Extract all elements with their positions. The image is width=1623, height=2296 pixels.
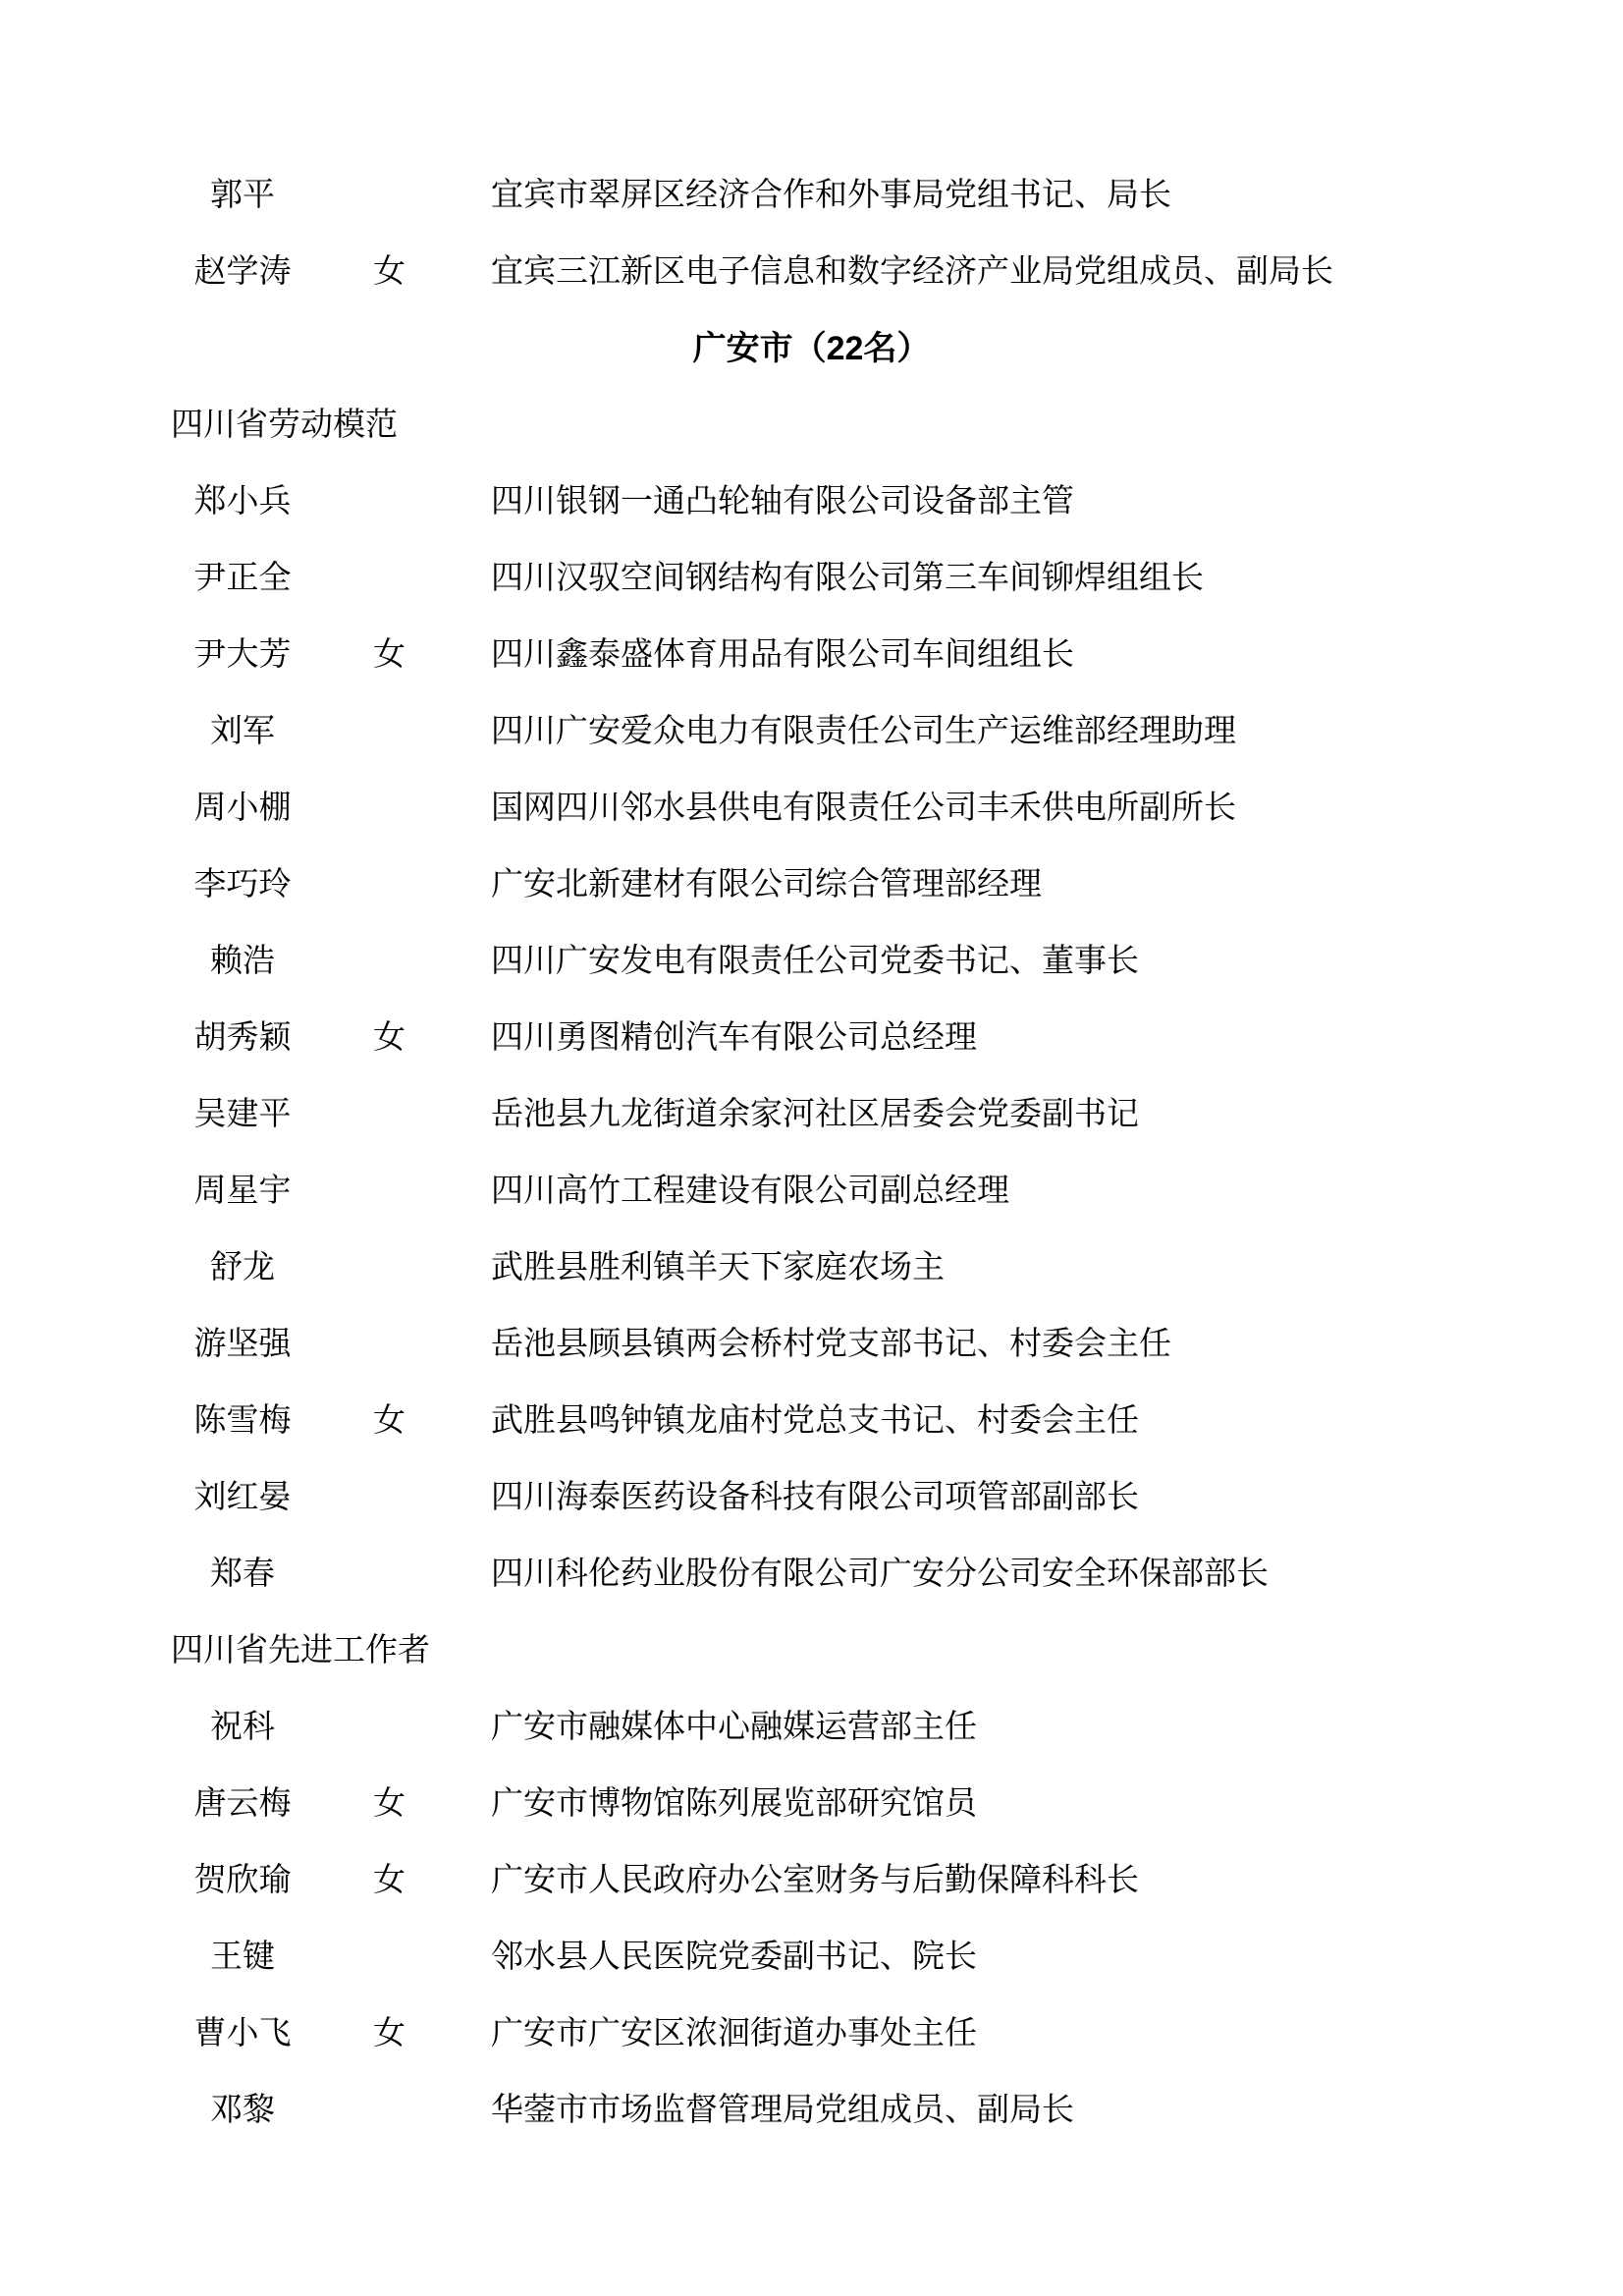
table-row: 舒龙 武胜县胜利镇羊天下家庭农场主 xyxy=(0,1230,1623,1306)
table-row: 贺欣瑜 女 广安市人民政府办公室财务与后勤保障科科长 xyxy=(0,1842,1623,1919)
person-name: 胡秀颖 xyxy=(179,1000,306,1076)
person-title: 广安市博物馆陈列展览部研究馆员 xyxy=(491,1766,977,1842)
person-gender: 女 xyxy=(373,1000,406,1076)
table-row: 周星宇 四川高竹工程建设有限公司副总经理 xyxy=(0,1153,1623,1230)
person-name: 曹小飞 xyxy=(179,1995,306,2072)
table-row: 唐云梅 女 广安市博物馆陈列展览部研究馆员 xyxy=(0,1766,1623,1842)
table-row: 周小棚 国网四川邻水县供电有限责任公司丰禾供电所副所长 xyxy=(0,770,1623,847)
person-name: 邓黎 xyxy=(179,2072,306,2149)
table-row: 祝科 广安市融媒体中心融媒运营部主任 xyxy=(0,1689,1623,1766)
person-title: 武胜县胜利镇羊天下家庭农场主 xyxy=(491,1230,945,1306)
person-name: 郑小兵 xyxy=(179,464,306,540)
table-row: 赵学涛 女 宜宾三江新区电子信息和数字经济产业局党组成员、副局长 xyxy=(0,234,1623,310)
table-row: 刘军 四川广安爱众电力有限责任公司生产运维部经理助理 xyxy=(0,693,1623,770)
section-header-model-workers: 四川省劳动模范 xyxy=(0,387,1623,464)
person-gender: 女 xyxy=(373,1766,406,1842)
person-title: 四川银钢一通凸轮轴有限公司设备部主管 xyxy=(491,464,1074,540)
person-title: 四川科伦药业股份有限公司广安分公司安全环保部部长 xyxy=(491,1536,1269,1613)
person-title: 国网四川邻水县供电有限责任公司丰禾供电所副所长 xyxy=(491,770,1236,847)
table-row: 李巧玲 广安北新建材有限公司综合管理部经理 xyxy=(0,847,1623,923)
person-gender: 女 xyxy=(373,1995,406,2072)
person-name: 祝科 xyxy=(179,1689,306,1766)
person-title: 四川广安发电有限责任公司党委书记、董事长 xyxy=(491,923,1139,1000)
person-title: 岳池县顾县镇两会桥村党支部书记、村委会主任 xyxy=(491,1306,1171,1383)
city-heading: 广安市（22名） xyxy=(0,310,1623,387)
person-title: 广安市融媒体中心融媒运营部主任 xyxy=(491,1689,977,1766)
person-title: 四川高竹工程建设有限公司副总经理 xyxy=(491,1153,1009,1230)
person-name: 周小棚 xyxy=(179,770,306,847)
person-gender: 女 xyxy=(373,234,406,310)
person-title: 华蓥市市场监督管理局党组成员、副局长 xyxy=(491,2072,1074,2149)
person-title: 宜宾市翠屏区经济合作和外事局党组书记、局长 xyxy=(491,157,1171,234)
person-name: 舒龙 xyxy=(179,1230,306,1306)
person-name: 陈雪梅 xyxy=(179,1383,306,1459)
person-title: 广安北新建材有限公司综合管理部经理 xyxy=(491,847,1042,923)
person-name: 贺欣瑜 xyxy=(179,1842,306,1919)
table-row: 曹小飞 女 广安市广安区浓洄街道办事处主任 xyxy=(0,1995,1623,2072)
person-name: 唐云梅 xyxy=(179,1766,306,1842)
person-name: 刘军 xyxy=(179,693,306,770)
person-name: 游坚强 xyxy=(179,1306,306,1383)
person-name: 郑春 xyxy=(179,1536,306,1613)
table-row: 吴建平 岳池县九龙街道余家河社区居委会党委副书记 xyxy=(0,1076,1623,1153)
document-page: 郭平 宜宾市翠屏区经济合作和外事局党组书记、局长 赵学涛 女 宜宾三江新区电子信… xyxy=(0,0,1623,2296)
person-title: 四川汉驭空间钢结构有限公司第三车间铆焊组组长 xyxy=(491,540,1204,617)
section-header-advanced-workers: 四川省先进工作者 xyxy=(0,1613,1623,1689)
table-row: 王键 邻水县人民医院党委副书记、院长 xyxy=(0,1919,1623,1995)
person-title: 四川鑫泰盛体育用品有限公司车间组组长 xyxy=(491,617,1074,693)
table-row: 胡秀颖 女 四川勇图精创汽车有限公司总经理 xyxy=(0,1000,1623,1076)
table-row: 郑小兵 四川银钢一通凸轮轴有限公司设备部主管 xyxy=(0,464,1623,540)
person-gender: 女 xyxy=(373,1383,406,1459)
person-title: 邻水县人民医院党委副书记、院长 xyxy=(491,1919,977,1995)
person-name: 赵学涛 xyxy=(179,234,306,310)
person-name: 刘红晏 xyxy=(179,1459,306,1536)
person-title: 岳池县九龙街道余家河社区居委会党委副书记 xyxy=(491,1076,1139,1153)
document-content: 郭平 宜宾市翠屏区经济合作和外事局党组书记、局长 赵学涛 女 宜宾三江新区电子信… xyxy=(0,157,1623,2149)
table-row: 郭平 宜宾市翠屏区经济合作和外事局党组书记、局长 xyxy=(0,157,1623,234)
table-row: 赖浩 四川广安发电有限责任公司党委书记、董事长 xyxy=(0,923,1623,1000)
table-row: 郑春 四川科伦药业股份有限公司广安分公司安全环保部部长 xyxy=(0,1536,1623,1613)
person-name: 尹正全 xyxy=(179,540,306,617)
person-gender: 女 xyxy=(373,1842,406,1919)
table-row: 游坚强 岳池县顾县镇两会桥村党支部书记、村委会主任 xyxy=(0,1306,1623,1383)
table-row: 尹正全 四川汉驭空间钢结构有限公司第三车间铆焊组组长 xyxy=(0,540,1623,617)
person-title: 四川勇图精创汽车有限公司总经理 xyxy=(491,1000,977,1076)
table-row: 刘红晏 四川海泰医药设备科技有限公司项管部副部长 xyxy=(0,1459,1623,1536)
person-name: 郭平 xyxy=(179,157,306,234)
person-name: 周星宇 xyxy=(179,1153,306,1230)
person-name: 李巧玲 xyxy=(179,847,306,923)
person-name: 王键 xyxy=(179,1919,306,1995)
person-title: 宜宾三江新区电子信息和数字经济产业局党组成员、副局长 xyxy=(491,234,1333,310)
person-title: 四川海泰医药设备科技有限公司项管部副部长 xyxy=(491,1459,1139,1536)
table-row: 邓黎 华蓥市市场监督管理局党组成员、副局长 xyxy=(0,2072,1623,2149)
table-row: 陈雪梅 女 武胜县鸣钟镇龙庙村党总支书记、村委会主任 xyxy=(0,1383,1623,1459)
person-name: 尹大芳 xyxy=(179,617,306,693)
person-name: 赖浩 xyxy=(179,923,306,1000)
person-gender: 女 xyxy=(373,617,406,693)
person-title: 四川广安爱众电力有限责任公司生产运维部经理助理 xyxy=(491,693,1236,770)
person-title: 广安市广安区浓洄街道办事处主任 xyxy=(491,1995,977,2072)
person-name: 吴建平 xyxy=(179,1076,306,1153)
person-title: 广安市人民政府办公室财务与后勤保障科科长 xyxy=(491,1842,1139,1919)
table-row: 尹大芳 女 四川鑫泰盛体育用品有限公司车间组组长 xyxy=(0,617,1623,693)
person-title: 武胜县鸣钟镇龙庙村党总支书记、村委会主任 xyxy=(491,1383,1139,1459)
